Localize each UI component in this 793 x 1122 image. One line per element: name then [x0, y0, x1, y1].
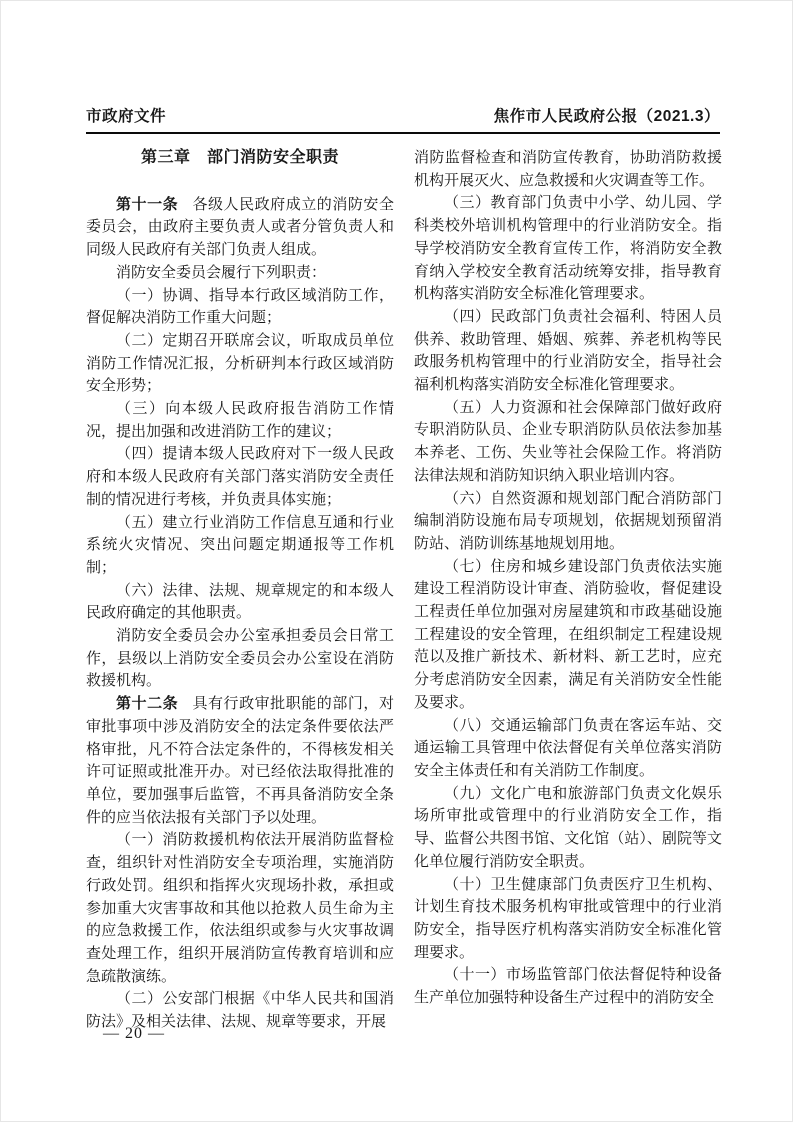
paragraph-item-5: （五）建立行业消防工作信息互通和行业系统火灾情况、突出问题定期通报等工作机制； [86, 512, 394, 580]
paragraph-dept-5: （五）人力资源和社会保障部门做好政府专职消防队员、企业专职消防队员依法参加基本养… [414, 397, 722, 488]
document-page: 市政府文件 焦作市人民政府公报（2021.3） 第三章 部门消防安全职责 第十一… [0, 0, 793, 1122]
right-column: 消防监督检查和消防宣传教育，协助消防救援机构开展灭火、应急救援和火灾调查等工作。… [414, 147, 722, 1034]
chapter-heading: 第三章 部门消防安全职责 [86, 147, 394, 170]
paragraph-dept-8: （八）交通运输部门负责在客运车站、交通运输工具管理中依法督促有关单位落实消防安全… [414, 715, 722, 783]
header-gazette-title: 焦作市人民政府公报（2021.3） [494, 104, 720, 126]
article-11-lead: 第十一条 [116, 196, 178, 213]
paragraph-dept-1: （一）消防救援机构依法开展消防监督检查，组织针对性消防安全专项治理，实施消防行政… [86, 829, 394, 988]
paragraph-item-4: （四）提请本级人民政府对下一级人民政府和本级人民政府有关部门落实消防安全责任制的… [86, 443, 394, 511]
paragraph-dept-9: （九）文化广电和旅游部门负责文化娱乐场所审批或管理中的行业消防安全工作，指导、监… [414, 783, 722, 874]
paragraph-dept-3: （三）教育部门负责中小学、幼儿园、学科类校外培训机构管理中的行业消防安全。指导学… [414, 192, 722, 306]
paragraph: 消防安全委员会办公室承担委员会日常工作，县级以上消防安全委员会办公室设在消防救援… [86, 625, 394, 693]
left-column: 第三章 部门消防安全职责 第十一条各级人民政府成立的消防安全委员会，由政府主要负… [86, 147, 394, 1034]
paragraph-dept-2-continued: 消防监督检查和消防宣传教育，协助消防救援机构开展灭火、应急救援和火灾调查等工作。 [414, 147, 722, 192]
paragraph-dept-7: （七）住房和城乡建设部门负责依法实施建设工程消防设计审查、消防验收，督促建设工程… [414, 556, 722, 715]
paragraph-item-6: （六）法律、法规、规章规定的和本级人民政府确定的其他职责。 [86, 580, 394, 625]
page-header: 市政府文件 焦作市人民政府公报（2021.3） [86, 104, 720, 134]
paragraph-item-2: （二）定期召开联席会议，听取成员单位消防工作情况汇报，分析研判本行政区域消防安全… [86, 330, 394, 398]
article-12-text: 具有行政审批职能的部门，对审批事项中涉及消防安全的法定条件要依法严格审批，凡不符… [86, 696, 394, 826]
paragraph-item-1: （一）协调、指导本行政区域消防工作，督促解决消防工作重大问题； [86, 285, 394, 330]
paragraph-dept-10: （十）卫生健康部门负责医疗卫生机构、计划生育技术服务机构审批或管理中的行业消防安… [414, 874, 722, 965]
page-number: — 20 — [103, 1025, 165, 1043]
paragraph: 消防安全委员会履行下列职责： [86, 262, 394, 285]
article-12-lead: 第十二条 [116, 695, 178, 712]
document-body: 第三章 部门消防安全职责 第十一条各级人民政府成立的消防安全委员会，由政府主要负… [86, 147, 722, 1034]
header-doc-type-label: 市政府文件 [86, 104, 166, 126]
paragraph-dept-4: （四）民政部门负责社会福利、特困人员供养、救助管理、婚姻、殡葬、养老机构等民政服… [414, 306, 722, 397]
paragraph-dept-11: （十一）市场监管部门依法督促特种设备生产单位加强特种设备生产过程中的消防安全 [414, 964, 722, 1009]
paragraph-item-3: （三）向本级人民政府报告消防工作情况，提出加强和改进消防工作的建议； [86, 398, 394, 443]
paragraph-article-11: 第十一条各级人民政府成立的消防安全委员会，由政府主要负责人或者分管负责人和同级人… [86, 194, 394, 262]
paragraph-dept-6: （六）自然资源和规划部门配合消防部门编制消防设施布局专项规划，依据规划预留消防站… [414, 488, 722, 556]
paragraph-article-12: 第十二条具有行政审批职能的部门，对审批事项中涉及消防安全的法定条件要依法严格审批… [86, 693, 394, 829]
